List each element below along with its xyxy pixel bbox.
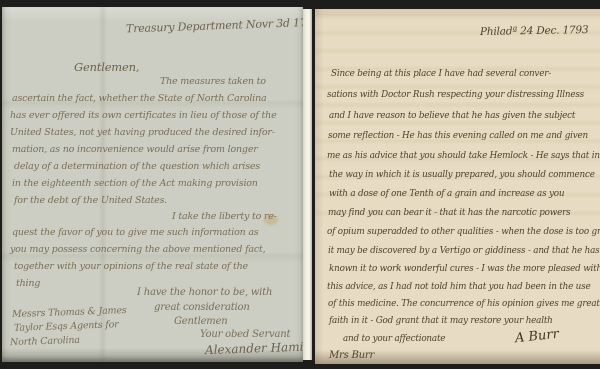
manuscript-line: me as his advice that you should take He… xyxy=(327,152,600,161)
manuscript-line: United States, not yet having produced t… xyxy=(10,128,275,138)
photo-of-two-letters: Treasury Department Novr 3d 1791 Gentlem… xyxy=(0,0,600,369)
manuscript-line: of opium superadded to other qualities -… xyxy=(327,228,600,237)
hamilton-letter-page: Treasury Department Novr 3d 1791 Gentlem… xyxy=(2,7,303,362)
manuscript-line: and to your affectionate xyxy=(343,335,445,344)
closing-line: Your obed Servant xyxy=(200,330,290,340)
closing-line: I have the honor to be, with xyxy=(137,288,272,298)
dateline: Philadª 24 Dec. 1793 xyxy=(480,25,589,37)
burr-letter-page: Philadª 24 Dec. 1793 Since being at this… xyxy=(315,9,600,364)
manuscript-line: quest the favor of you to give me such i… xyxy=(12,228,258,238)
manuscript-line: and I have reason to believe that he has… xyxy=(329,112,575,121)
manuscript-line: Since being at this place I have had sev… xyxy=(331,70,551,79)
manuscript-line: it may be discovered by a Vertigo or gid… xyxy=(328,247,599,256)
manuscript-line: this advice, as I had not told him that … xyxy=(327,283,590,292)
address-line: Taylor Esqs Agents for xyxy=(14,320,119,333)
manuscript-line: for the debt of the United States. xyxy=(14,196,167,206)
manuscript-line: thing xyxy=(16,279,40,289)
manuscript-line: The measures taken to xyxy=(160,77,266,87)
manuscript-line: faith in it - God grant that it may rest… xyxy=(329,317,553,326)
manuscript-line: ascertain the fact, whether the State of… xyxy=(12,94,266,104)
address-line: Messrs Thomas & James xyxy=(12,306,127,319)
manuscript-line: in the eighteenth section of the Act mak… xyxy=(12,179,258,189)
manuscript-line: with a dose of one Tenth of a grain and … xyxy=(329,190,564,199)
manuscript-line: you may possess concerning the above men… xyxy=(10,245,265,255)
manuscript-line: the way in which it is usually prepared,… xyxy=(329,171,595,180)
page-edge xyxy=(303,9,312,360)
manuscript-line: mation, as no inconvenience would arise … xyxy=(12,145,258,155)
signature: Alexander Hamilton xyxy=(205,340,303,356)
manuscript-line: together with your opinions of the real … xyxy=(14,262,248,272)
docket-addressee: Mrs Burr xyxy=(329,351,374,361)
closing-line: Gentlemen xyxy=(174,317,228,327)
signature: A Burr xyxy=(514,328,559,346)
manuscript-line: may find you can bear it - that it has t… xyxy=(328,209,570,218)
manuscript-line: of this medicine. The concurrence of his… xyxy=(328,300,600,309)
closing-line: great consideration xyxy=(154,303,250,313)
manuscript-line: I take the liberty to re- xyxy=(172,212,277,222)
manuscript-line: some reflection - He has this evening ca… xyxy=(328,132,588,141)
manuscript-line: has ever offered its own certificates in… xyxy=(10,111,277,121)
salutation: Gentlemen, xyxy=(74,62,139,74)
manuscript-line: sations with Doctor Rush respecting your… xyxy=(327,91,584,100)
manuscript-line: known it to work wonderful cures - I was… xyxy=(329,265,600,274)
dateline: Treasury Department Novr 3d 1791 xyxy=(126,17,303,35)
address-line: North Carolina xyxy=(10,336,80,348)
manuscript-line: delay of a determination of the question… xyxy=(14,162,260,172)
